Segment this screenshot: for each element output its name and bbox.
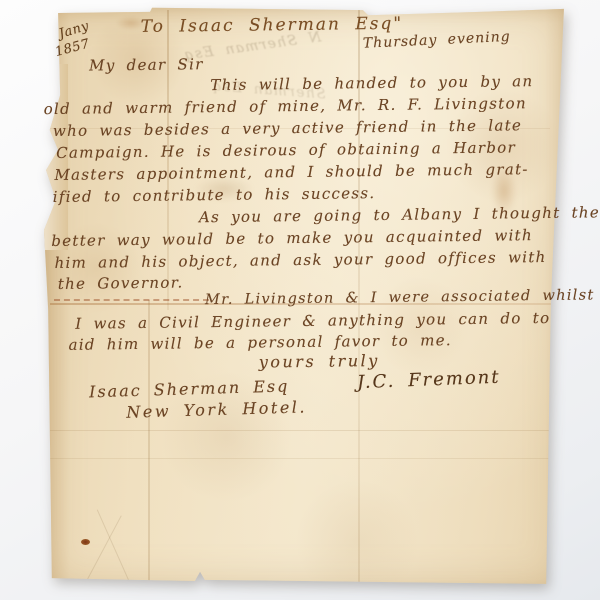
fold-crease-vertical <box>358 8 360 582</box>
fold-crease-horizontal <box>50 128 550 129</box>
foxing-stain <box>116 16 146 30</box>
fold-crease-vertical <box>167 10 169 310</box>
foxing-stain <box>491 166 517 216</box>
letter-photograph: Jany 1857 N Sherman Esq Sherman Esq To I… <box>0 0 600 600</box>
fold-crease-horizontal <box>50 458 556 459</box>
fold-crease-dashes <box>54 299 209 301</box>
scuff-mark <box>97 509 132 587</box>
fold-crease-vertical <box>148 300 150 582</box>
fold-crease-horizontal <box>50 430 556 431</box>
ink-spot-stain <box>81 539 90 545</box>
fold-crease-horizontal <box>50 303 554 305</box>
letter-paper <box>44 6 566 588</box>
folded-edge-flap <box>44 64 68 250</box>
paper-shadow <box>0 0 600 600</box>
scuff-mark <box>83 515 121 586</box>
foxing-stain <box>194 176 254 202</box>
